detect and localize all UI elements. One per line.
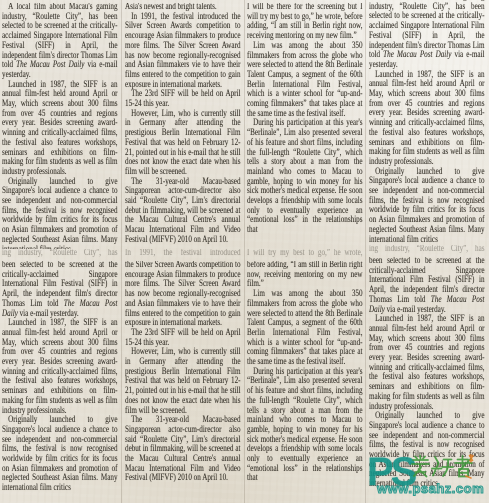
news-column-3: I will be there for the screening but I … (247, 0, 366, 503)
news-paragraph: Launched in 1987, the SIFF is an annual … (369, 71, 485, 168)
news-paragraph: The 23rd SIFF will be held on April 15-2… (125, 329, 241, 348)
news-column-1: A local film about Macau's gaming indust… (2, 0, 121, 503)
texture-seam-line: In 1991, the festival introduced (125, 249, 241, 260)
news-paragraph: before adding, “I am still in Berlin rig… (247, 261, 363, 290)
news-paragraph: Originally launched to give Singapore's … (369, 412, 485, 490)
news-paragraph: Lim was among the about 350 filmmakers f… (247, 290, 363, 368)
column-text-block: A local film about Macau's gaming indust… (369, 0, 485, 245)
news-paragraph: A local film about Macau's gaming indust… (369, 0, 485, 71)
news-column-2: Asia's newest and bright talents.In 1991… (125, 0, 244, 503)
newspaper-page: A local film about Macau's gaming indust… (0, 0, 489, 503)
texture-seam-line: ing industry, “Roulette City”, has (2, 249, 118, 260)
news-paragraph: been selected to be screened at the crit… (2, 261, 118, 319)
news-paragraph: Originally launched to give Singapore's … (2, 178, 118, 249)
news-paragraph: I will be there for the screening but I … (247, 3, 363, 42)
column-text-block: before adding, “I am still in Berlin rig… (247, 261, 363, 503)
news-paragraph: The 31-year-old Macau-based Singaporean … (125, 178, 241, 246)
news-paragraph: During his participation at this year's … (247, 368, 363, 484)
news-column-4: A local film about Macau's gaming indust… (369, 0, 488, 503)
column-text-block: been selected to be screened at the crit… (2, 261, 118, 503)
news-paragraph: Lim was among the about 350 filmmakers f… (247, 42, 363, 120)
column-text-block: been selected to be screened at the crit… (369, 257, 485, 503)
news-paragraph: Launched in 1987, the SIFF is an annual … (2, 319, 118, 416)
news-paragraph: A local film about Macau's gaming indust… (2, 3, 118, 81)
news-paragraph: However, Lim, who is currently still in … (125, 110, 241, 178)
column-text-block: Asia's newest and bright talents.In 1991… (125, 3, 241, 249)
news-paragraph: However, Lim, who is currently still in … (125, 348, 241, 416)
news-paragraph: the Silver Screen Awards competition to … (125, 261, 241, 329)
column-text-block: I will be there for the screening but I … (247, 3, 363, 249)
news-paragraph: In 1991, the festival introduced the Sil… (125, 13, 241, 91)
news-paragraph: Launched in 1987, the SIFF is an annual … (369, 315, 485, 412)
news-paragraph: Originally launched to give Singapore's … (2, 416, 118, 494)
column-text-block: the Silver Screen Awards competition to … (125, 261, 241, 503)
news-paragraph: Launched in 1987, the SIFF is an annual … (2, 81, 118, 178)
news-paragraph: been selected to be screened at the crit… (369, 257, 485, 315)
news-paragraph: Originally launched to give Singapore's … (369, 168, 485, 245)
news-paragraph: The 23rd SIFF will be held on April 15-2… (125, 90, 241, 109)
texture-seam-line: I will try my best to go,” he wrote, (247, 249, 363, 260)
news-paragraph: The 31-year-old Macau-based Singaporean … (125, 416, 241, 484)
texture-seam-line: ing industry, “Roulette City”, has (369, 245, 485, 256)
news-paragraph: During his participation at this year's … (247, 119, 363, 235)
column-rule (121, 0, 122, 503)
column-text-block: A local film about Macau's gaming indust… (2, 3, 118, 249)
column-rule (244, 0, 245, 503)
